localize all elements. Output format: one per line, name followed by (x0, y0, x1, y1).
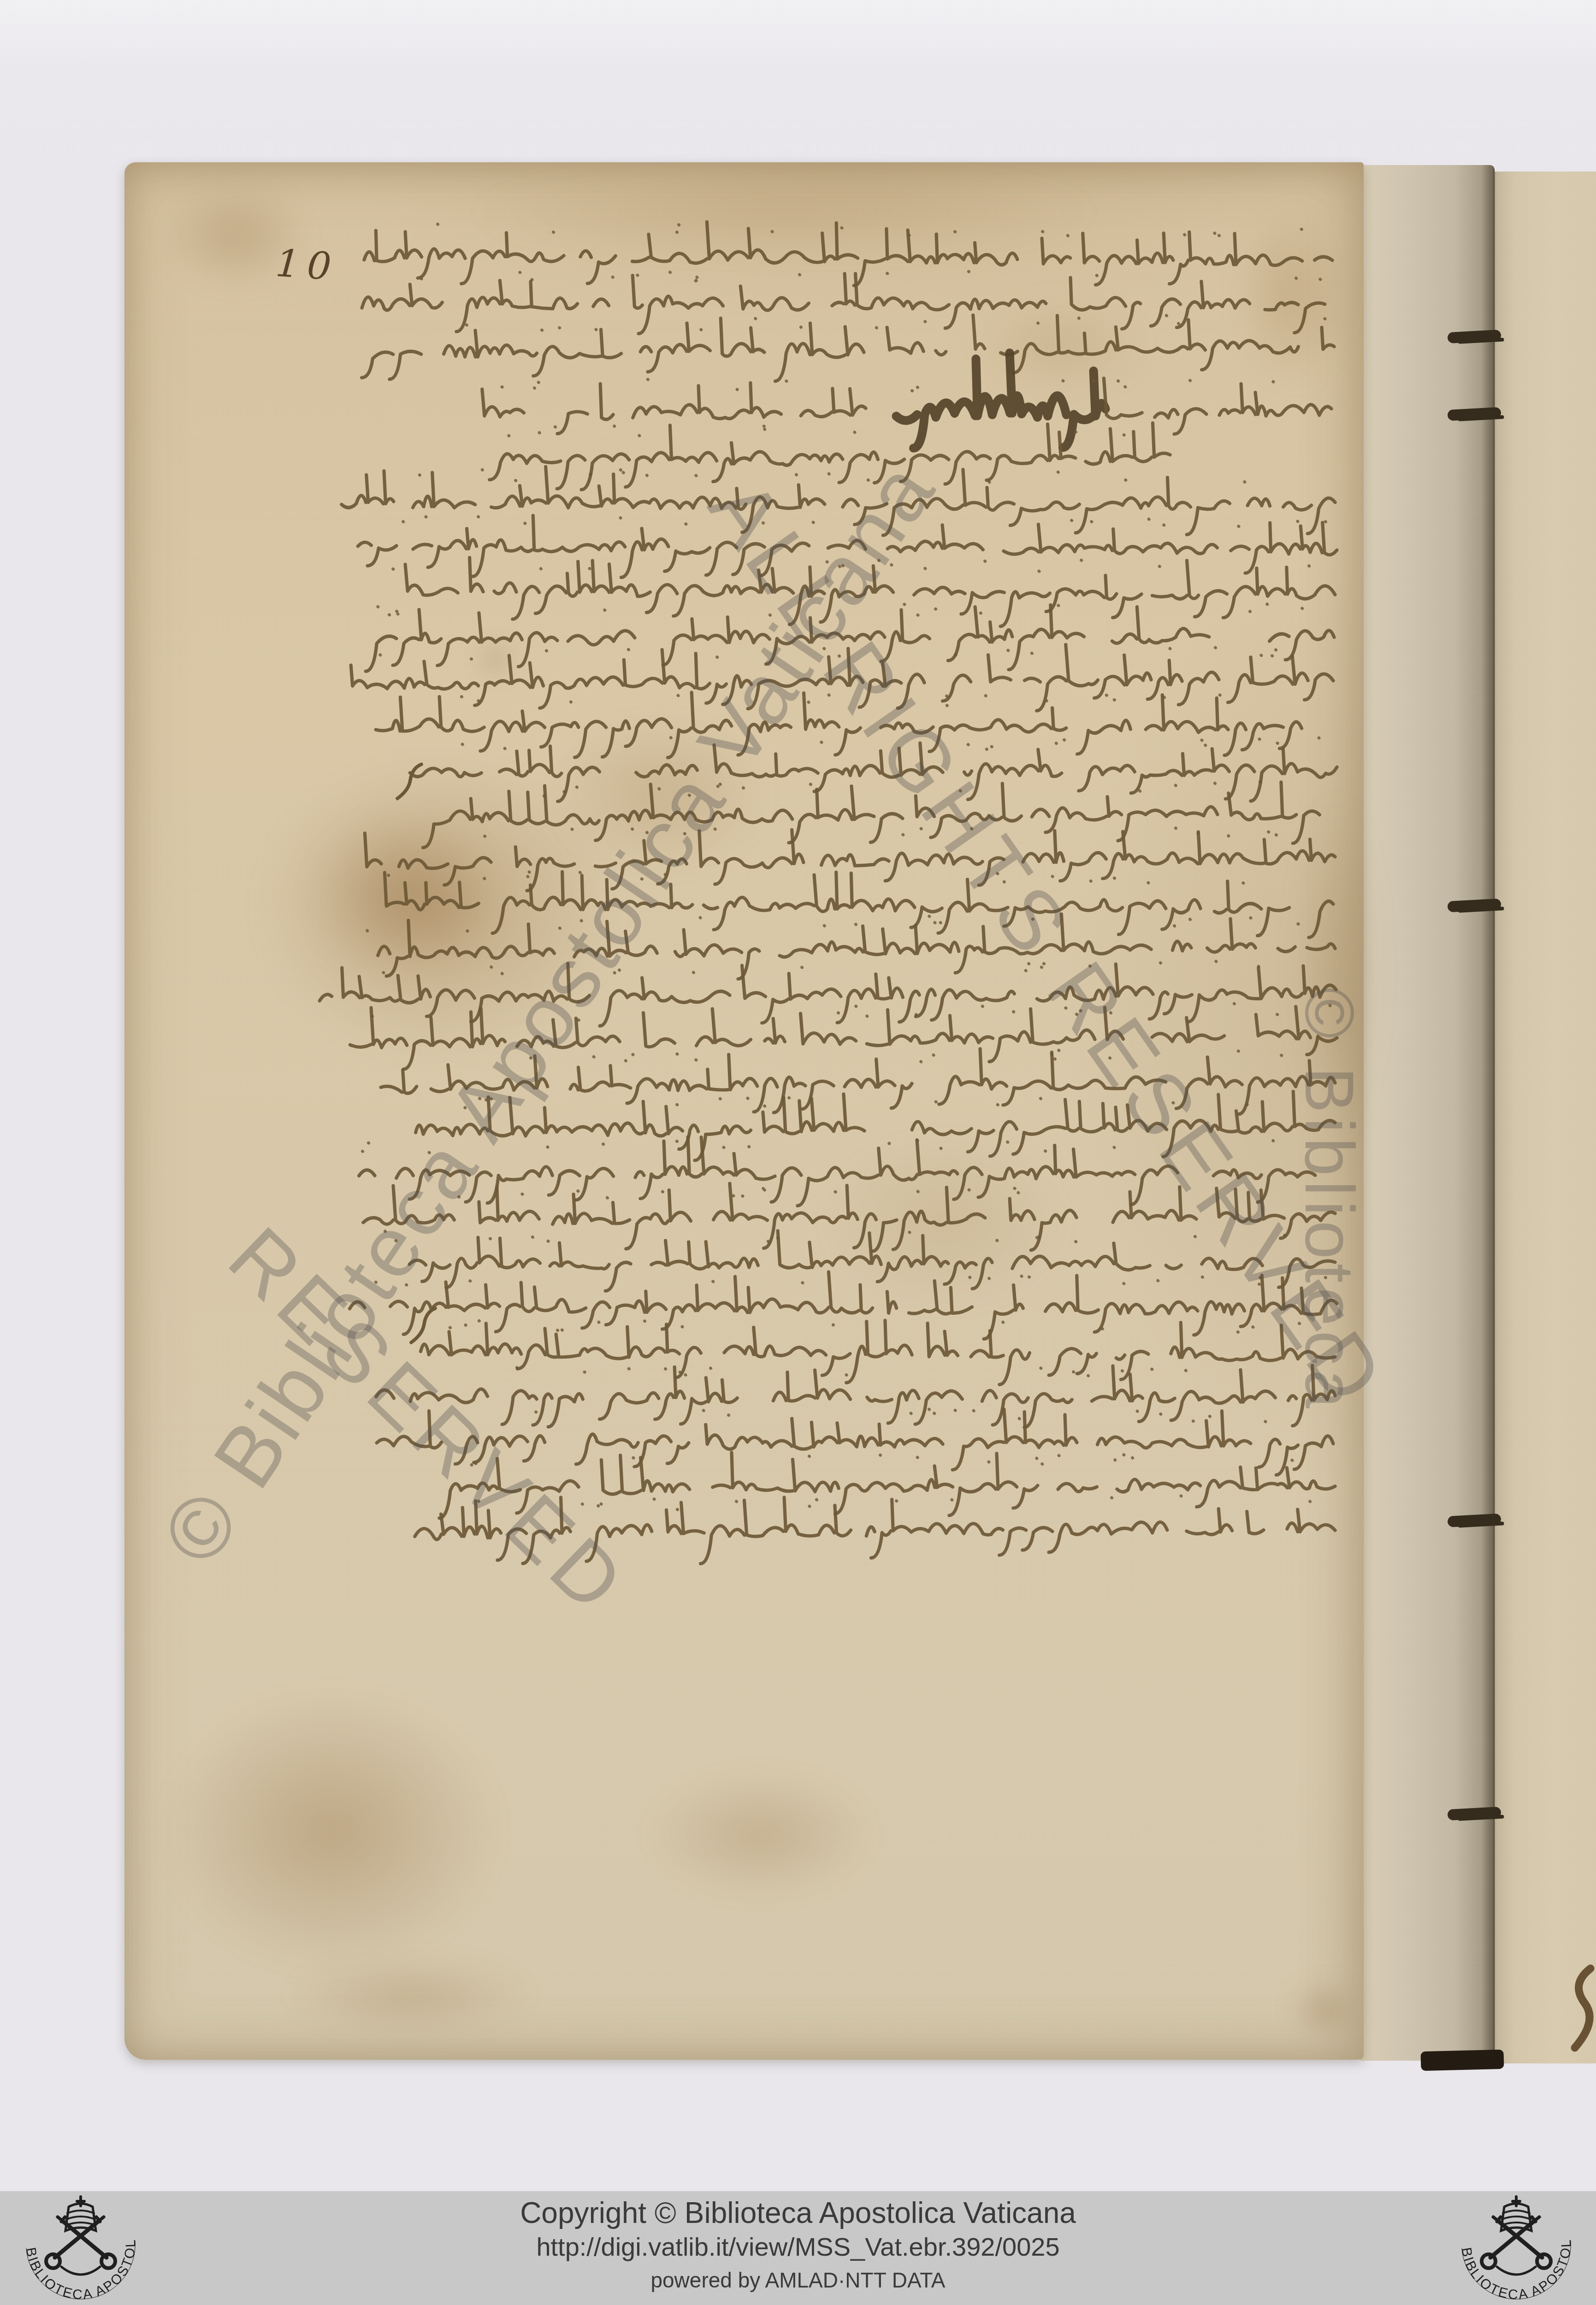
manuscript-scan: 10 © Biblioteca Apostolica VaticanaALL R… (0, 0, 1596, 2305)
margin-mark (391, 756, 432, 807)
folio-page-number: 10 (274, 241, 340, 289)
binding-shadow-gap (1420, 2050, 1504, 2071)
vatican-library-logo-right: BIBLIOTECA APOSTOLICA VATICANA (1446, 2192, 1587, 2305)
footer-url: http://digi.vatlib.it/view/MSS_Vat.ebr.3… (0, 2232, 1596, 2262)
binding-gutter (1360, 165, 1495, 2061)
crossed-keys-icon (1490, 2221, 1542, 2258)
facing-folio-edge (1492, 171, 1596, 2063)
cord (1497, 2267, 1536, 2275)
logo-arc-text: BIBLIOTECA APOSTOLICA VATICANA (1459, 2238, 1574, 2303)
footer-copyright: Copyright © Biblioteca Apostolica Vatica… (0, 2196, 1596, 2230)
facing-folio-ink-mark (1561, 1965, 1596, 2052)
footer-powered-by: powered by AMLAD·NTT DATA (0, 2268, 1596, 2293)
svg-text:BIBLIOTECA APOSTOLICA VATICANA: BIBLIOTECA APOSTOLICA VATICANA (1459, 2238, 1574, 2303)
margin-mark (405, 1300, 446, 1351)
footer-bar: BIBLIOTECA APOSTOLICA VATICANA Copyright… (0, 2191, 1596, 2305)
handwriting-line (392, 1487, 1336, 1566)
